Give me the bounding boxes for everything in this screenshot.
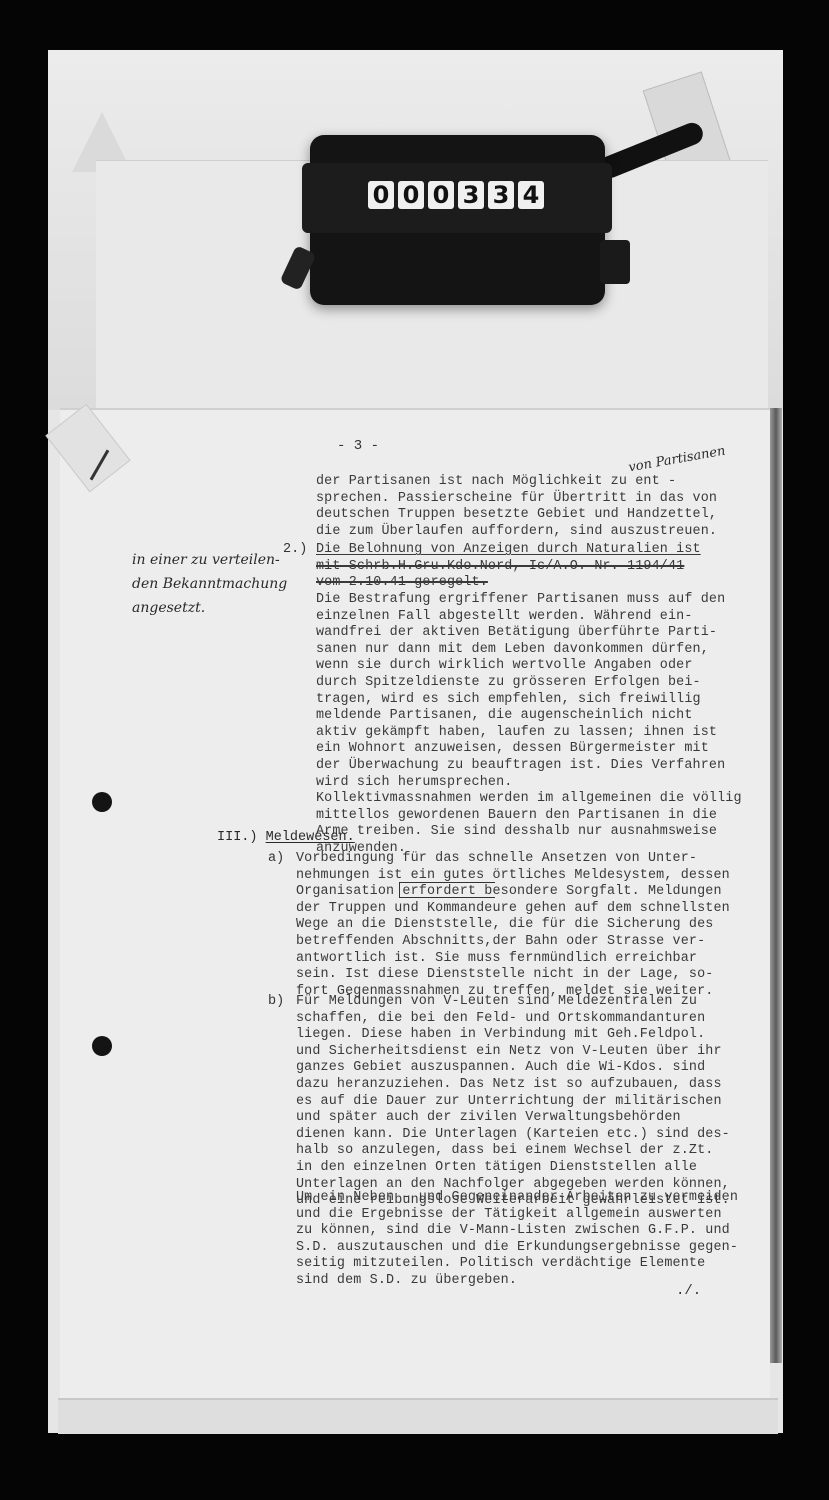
text-line: sein. Ist diese Dienststelle nicht in de… (296, 967, 730, 984)
text-line: der Partisanen ist nach Möglichkeit zu e… (316, 474, 717, 491)
text-line: schaffen, die bei den Feld- und Ortskomm… (296, 1011, 730, 1028)
text-line: nehmungen ist ein gutes örtliches Meldes… (296, 868, 730, 885)
continuation-mark: ./. (676, 1283, 701, 1299)
text-line: Für Meldungen von V-Leuten sind Meldezen… (296, 994, 730, 1011)
text-line: die zum Überlaufen auffordern, sind ausz… (316, 524, 717, 541)
counter-digit: 4 (518, 181, 544, 209)
counter-knob-right (600, 240, 630, 284)
punch-hole (92, 792, 112, 812)
text-line: in den einzelnen Orten tätigen Dienstste… (296, 1160, 730, 1177)
margin-note-line: angesetzt. (132, 596, 287, 620)
text-line: zu können, sind die V-Mann-Listen zwisch… (296, 1223, 738, 1240)
text-line: S.D. auszutauschen und die Erkundungserg… (296, 1240, 738, 1257)
text-line: sanen nur dann mit dem Leben davonkommen… (316, 642, 742, 659)
text-line: Organisation erfordert besondere Sorgfal… (296, 884, 730, 901)
text-line: es auf die Dauer zur Unterrichtung der m… (296, 1094, 730, 1111)
margin-note-line: den Bekanntmachung (132, 572, 287, 596)
counter-digit: 0 (428, 181, 454, 209)
text-line: sind dem S.D. zu übergeben. (296, 1273, 738, 1290)
text-line: wenn sie durch wirklich wertvolle Angabe… (316, 658, 742, 675)
text-line: meldende Partisanen, die augenscheinlich… (316, 708, 742, 725)
section-2-struck: Die Belohnung von Anzeigen durch Natural… (316, 542, 701, 592)
text-line: dienen kann. Die Unterlagen (Karteien et… (296, 1127, 730, 1144)
text-line: dazu heranzuziehen. Das Netz ist so aufz… (296, 1077, 730, 1094)
counter-digit: 3 (488, 181, 514, 209)
text-line: Arme treiben. Sie sind desshalb nur ausn… (316, 824, 742, 841)
text-line: halb so anzulegen, dass bei einem Wechse… (296, 1143, 730, 1160)
text-line: und Sicherheitsdienst ein Netz von V-Leu… (296, 1044, 730, 1061)
section-heading: Meldewesen. (266, 830, 355, 845)
item-label: b) (268, 994, 284, 1009)
item-a-body: Vorbedingung für das schnelle Ansetzen v… (296, 851, 730, 1000)
frame-counter-device: 0 0 0 3 3 4 (310, 135, 605, 305)
text-line: Die Bestrafung ergriffener Partisanen mu… (316, 592, 742, 609)
struck-line: vom 2.10.41 geregelt. (316, 575, 488, 590)
text-line: Die Belohnung von Anzeigen durch Natural… (316, 542, 701, 559)
text-line: seitig mitzuteilen. Politisch verdächtig… (296, 1256, 738, 1273)
underlined-line: Die Belohnung von Anzeigen durch Natural… (316, 542, 701, 557)
text-line: antwortlich ist. Sie muss fernmündlich e… (296, 951, 730, 968)
section-number: III.) Meldewesen. (217, 830, 355, 845)
text-line: Kollektivmassnahmen werden im allgemeine… (316, 791, 742, 808)
margin-note: in einer zu verteilen-den Bekanntmachung… (132, 548, 287, 620)
text-line: vom 2.10.41 geregelt. (316, 575, 701, 592)
page-number: - 3 - (337, 438, 379, 454)
text-line: wandfrei der aktiven Betätigung überführ… (316, 625, 742, 642)
counter-digits: 0 0 0 3 3 4 (368, 181, 544, 209)
bottom-tape-strip (58, 1398, 778, 1434)
text-line: sprechen. Passierscheine für Übertritt i… (316, 491, 717, 508)
page-stack-edge (770, 408, 782, 1363)
section-roman: III.) (217, 830, 258, 845)
item-label: a) (268, 851, 284, 866)
counter-digit: 3 (458, 181, 484, 209)
struck-line: mit Schrb.H.Gru.Kdo.Nord, Ic/A.O. Nr. 11… (316, 559, 684, 574)
punch-hole (92, 1036, 112, 1056)
edit-bracket (399, 882, 495, 898)
text-line: durch Spitzeldienste zu grösseren Erfolg… (316, 675, 742, 692)
text-line: Wege an die Dienststelle, die für die Si… (296, 917, 730, 934)
margin-note-line: in einer zu verteilen- (132, 548, 287, 572)
text-line: tragen, wird es sich empfehlen, sich fre… (316, 692, 742, 709)
text-line: der Überwachung zu beauftragen ist. Dies… (316, 758, 742, 775)
counter-digit: 0 (398, 181, 424, 209)
text-line: ein Wohnort anzuweisen, dessen Bürgermei… (316, 741, 742, 758)
text-line: liegen. Diese haben in Verbindung mit Ge… (296, 1027, 730, 1044)
paragraph-intro: der Partisanen ist nach Möglichkeit zu e… (316, 474, 717, 540)
text-line: mittellos gewordenen Bauern den Partisan… (316, 808, 742, 825)
text-line: betreffenden Abschnitts,der Bahn oder St… (296, 934, 730, 951)
text-line: deutschen Truppen besetzte Gebiet und Ha… (316, 507, 717, 524)
text-line: Um ein Neben - und Gegeneinander-Arbeite… (296, 1190, 738, 1207)
item-b-body: Für Meldungen von V-Leuten sind Meldezen… (296, 994, 730, 1210)
text-line: Vorbedingung für das schnelle Ansetzen v… (296, 851, 730, 868)
text-line: ganzes Gebiet auszuspannen. Auch die Wi-… (296, 1060, 730, 1077)
counter-digit: 0 (368, 181, 394, 209)
text-line: wird sich herumsprechen. (316, 775, 742, 792)
text-line: einzelnen Fall abgestellt werden. Währen… (316, 609, 742, 626)
section-2-body: Die Bestrafung ergriffener Partisanen mu… (316, 592, 742, 858)
text-line: und später auch der zivilen Verwaltungsb… (296, 1110, 730, 1127)
text-line: der Truppen und Kommandeure gehen auf de… (296, 901, 730, 918)
text-line: mit Schrb.H.Gru.Kdo.Nord, Ic/A.O. Nr. 11… (316, 559, 701, 576)
text-line: aktiv gekämpft haben, laufen zu lassen; … (316, 725, 742, 742)
item-b-followup: Um ein Neben - und Gegeneinander-Arbeite… (296, 1190, 738, 1290)
text-line: und die Ergebnisse der Tätigkeit allgeme… (296, 1207, 738, 1224)
